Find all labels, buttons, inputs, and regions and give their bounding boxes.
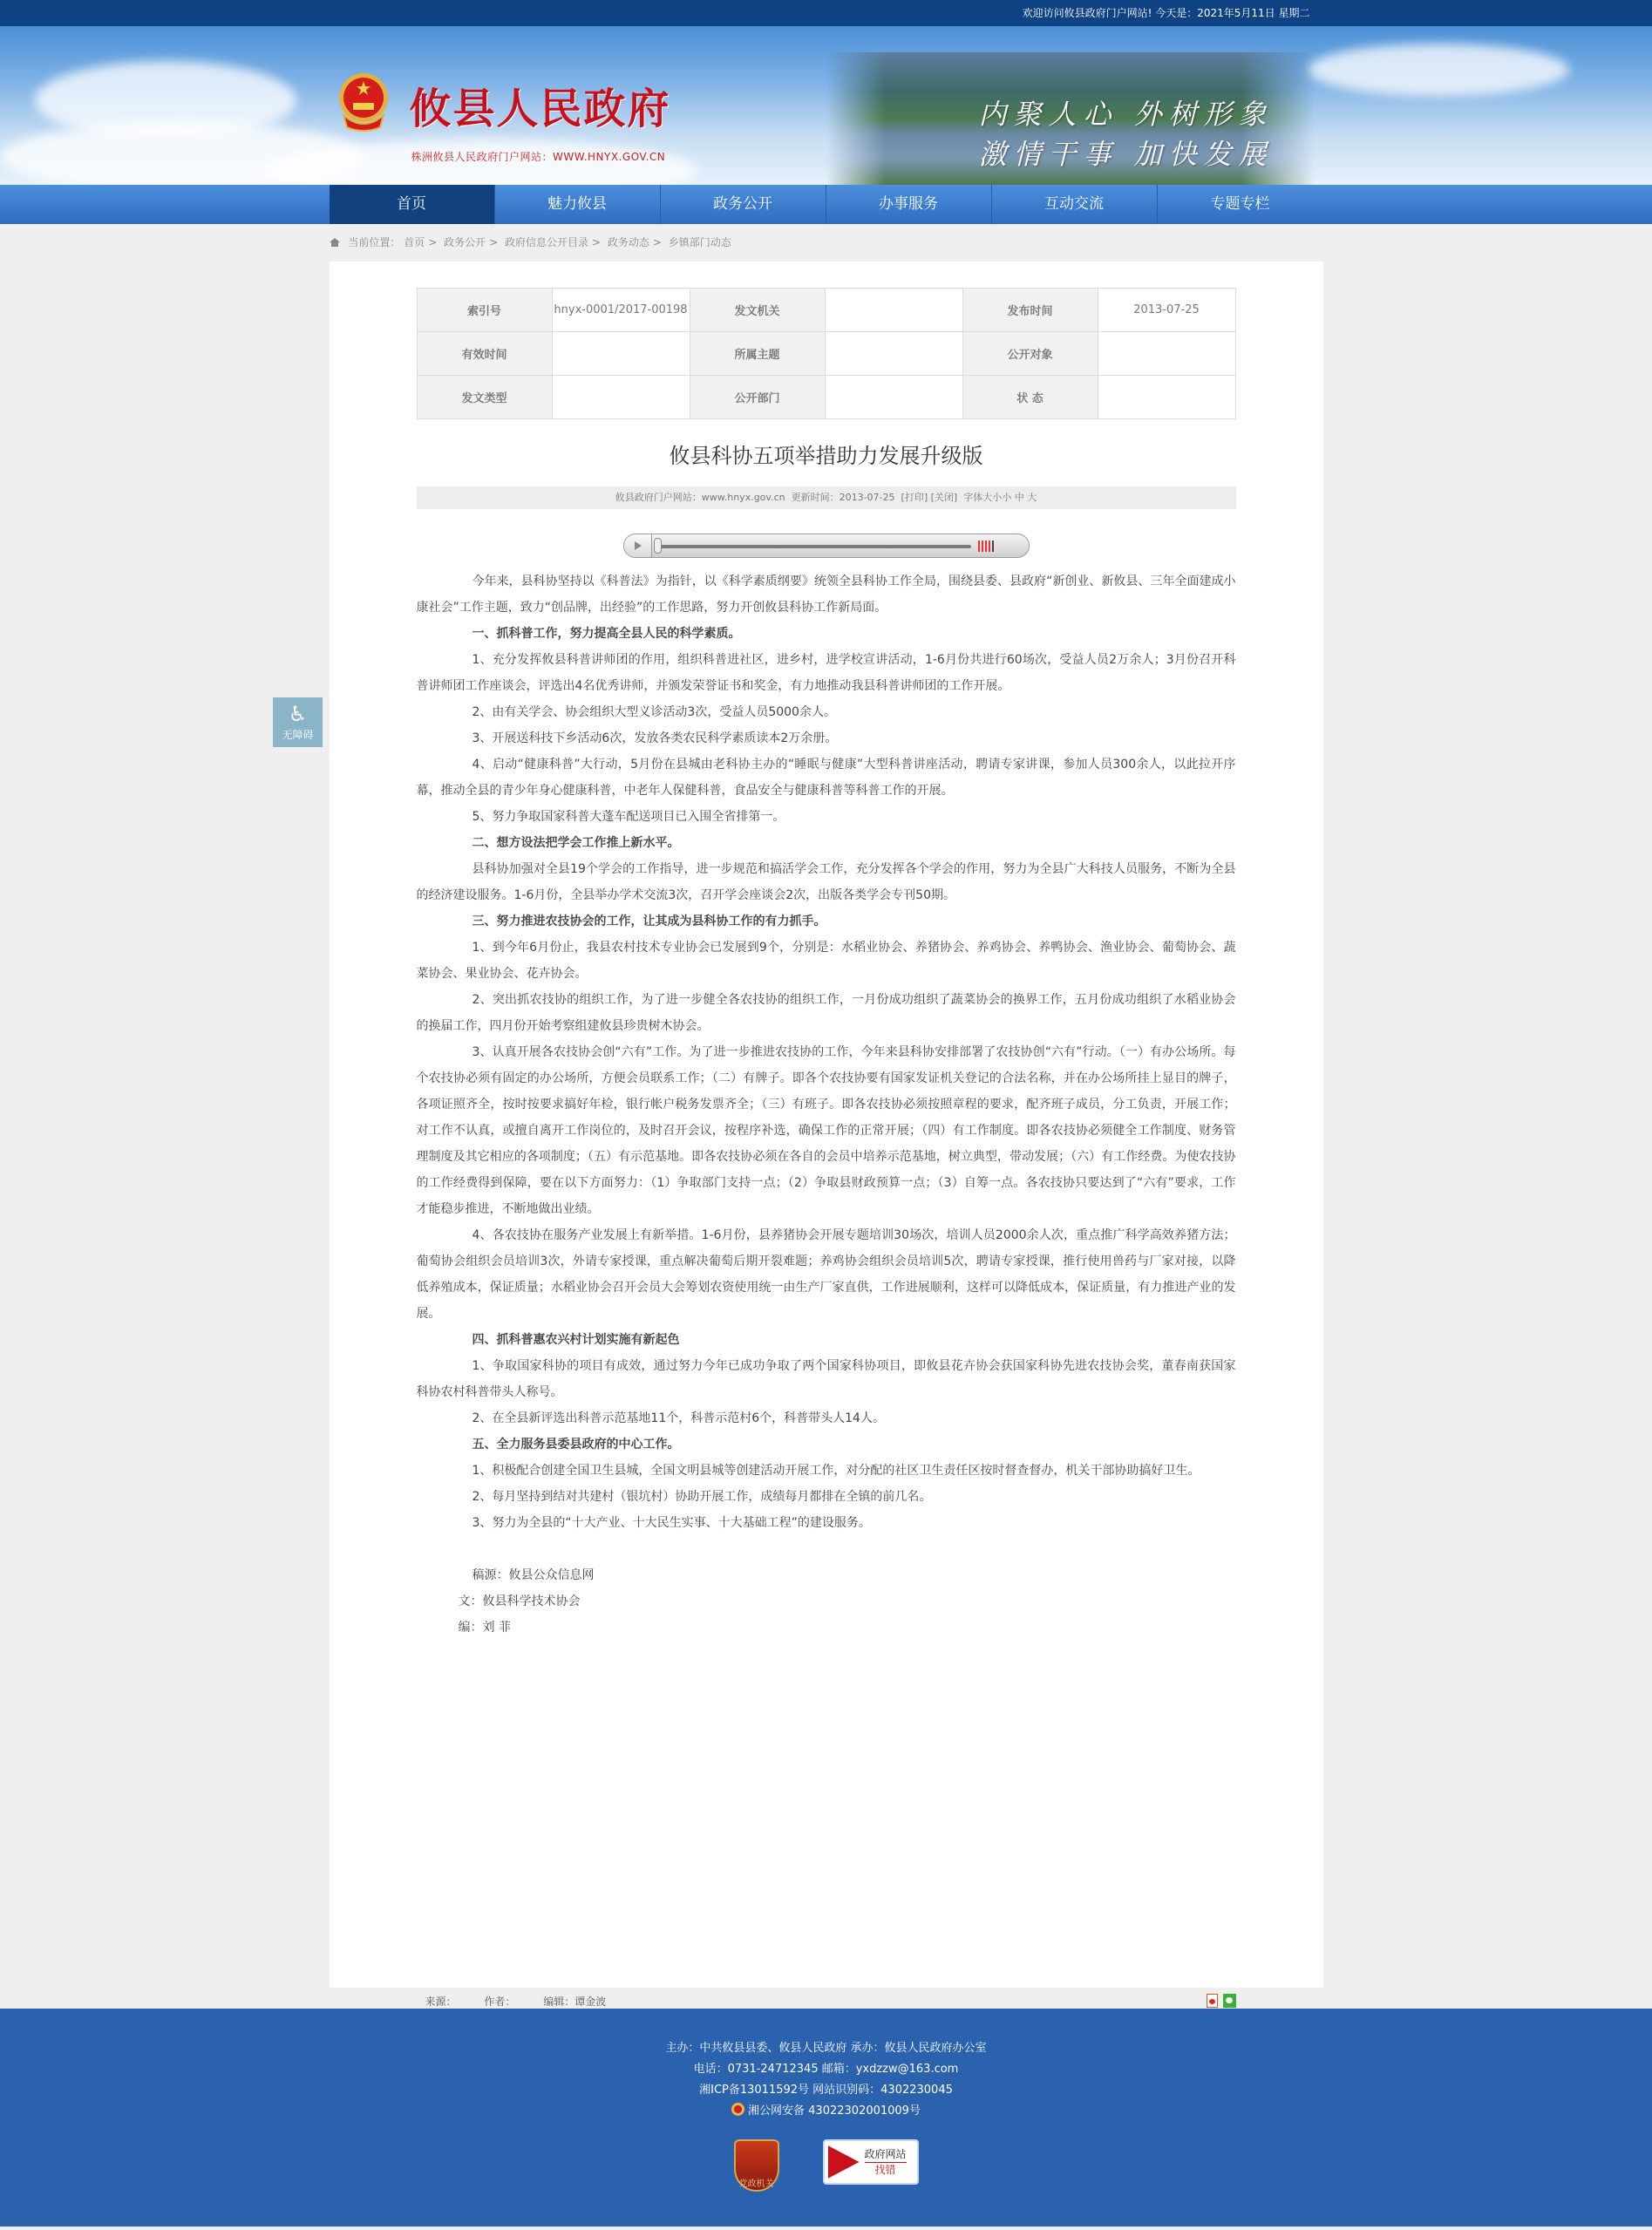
paragraph: 1、积极配合创建全国卫生县城，全国文明县城等创建活动开展工作，对分配的社区卫生责… (417, 1458, 1236, 1484)
signature-source: 稿源：攸县公众信息网 (417, 1562, 1236, 1588)
nav-item-home[interactable]: 首页 (330, 185, 495, 224)
font-large-link[interactable]: 大 (1027, 492, 1037, 503)
nav-item-interaction[interactable]: 互动交流 (992, 185, 1158, 224)
article-signature: 稿源：攸县公众信息网 文：攸县科学技术协会 编：刘 菲 (417, 1536, 1236, 1641)
paragraph: 4、各农技协在服务产业发展上有新举措。1-6月份，县养猪协会开展专题培训30场次… (417, 1222, 1236, 1327)
national-emblem-icon (337, 71, 391, 134)
footer-police-record[interactable]: 湘公网安备 43022302001009号 (0, 2101, 1652, 2122)
paragraph: 县科协加强对全县19个学会的工作指导，进一步规范和搞活学会工作，充分发挥各个学会… (417, 856, 1236, 908)
site-footer: 主办：中共攸县县委、攸县人民政府 承办：攸县人民政府办公室 电话：0731-24… (0, 2009, 1652, 2227)
footer-icp: 湘ICP备13011592号 网站识别码：4302230045 (0, 2080, 1652, 2101)
paragraph: 2、每月坚持到结对共建村（银坑村）协助开展工作，成绩每月都排在全镇的前几名。 (417, 1484, 1236, 1510)
audience-label: 公开对象 (962, 332, 1098, 376)
table-row: 索引号 hnyx-0001/2017-00198 发文机关 发布时间 2013-… (417, 289, 1235, 332)
font-small-link[interactable]: 小 (1002, 492, 1011, 503)
slogan-line-2: 激情干事 加快发展 (979, 134, 1274, 174)
department-value (825, 376, 962, 419)
index-no-value: hnyx-0001/2017-00198 (552, 289, 690, 332)
doc-type-label: 发文类型 (417, 376, 552, 419)
index-no-label: 索引号 (417, 289, 552, 332)
nav-item-special-topics[interactable]: 专题专栏 (1158, 185, 1323, 224)
topic-value (825, 332, 962, 376)
breadcrumb-government-affairs[interactable]: 政务公开 (444, 236, 486, 248)
signature-writer: 文：攸县科学技术协会 (417, 1588, 1236, 1615)
valid-time-label: 有效时间 (417, 332, 552, 376)
party-government-badge[interactable]: 党政机关 (734, 2139, 779, 2192)
breadcrumb-township-news[interactable]: 乡镇部门动态 (669, 236, 731, 248)
accessibility-button[interactable]: ♿ 无障碍 (273, 697, 323, 747)
breadcrumb-prefix: 当前位置： (348, 236, 400, 248)
paragraph: 3、努力为全县的“十大产业、十大民生实事、十大基础工程”的建设服务。 (417, 1510, 1236, 1536)
section-heading: 三、努力推进农技协会的工作，让其成为县科协工作的有力抓手。 (417, 908, 1236, 935)
seek-bar[interactable] (657, 545, 971, 548)
slogan-line-1: 内聚人心 外树形象 (979, 94, 1274, 134)
section-heading: 二、想方设法把学会工作推上新水平。 (417, 830, 1236, 856)
nav-item-charm-youxian[interactable]: 魅力攸县 (495, 185, 661, 224)
paragraph: 3、认真开展各农技协会创“六有”工作。为了进一步推进农技协的工作，今年来县科协安… (417, 1039, 1236, 1222)
footer-author: 作者： (484, 1995, 515, 2008)
section-heading: 四、抓科普惠农兴村计划实施有新起色 (417, 1327, 1236, 1353)
table-row: 发文类型 公开部门 状 态 (417, 376, 1235, 419)
publish-date-value: 2013-07-25 (1098, 289, 1235, 332)
slogan: 内聚人心 外树形象 激情干事 加快发展 (979, 94, 1274, 174)
print-link[interactable]: [打印] (901, 492, 928, 503)
issuing-agency-value (825, 289, 962, 332)
paragraph: 2、突出抓农技协的组织工作，为了进一步健全各农技协的组织工作，一月份成功组织了蔬… (417, 987, 1236, 1039)
footer-source: 来源： (425, 1995, 457, 2008)
paragraph: 1、充分发挥攸县科普讲师团的作用，组织科普进社区，进乡村，进学校宣讲活动，1-6… (417, 647, 1236, 699)
paragraph: 2、在全县新评选出科普示范基地11个，科普示范村6个，科普带头人14人。 (417, 1405, 1236, 1431)
paragraph: 3、开展送科技下乡活动6次，发放各类农民科学素质读本2万余册。 (417, 725, 1236, 751)
nav-item-government-affairs[interactable]: 政务公开 (661, 185, 826, 224)
breadcrumb-home[interactable]: 首页 (404, 236, 425, 248)
article-title: 攸县科协五项举措助力发展升级版 (417, 439, 1236, 469)
paragraph: 2、由有关学会、协会组织大型义诊活动3次，受益人员5000余人。 (417, 699, 1236, 725)
valid-time-value (552, 332, 690, 376)
footer-editor: 编辑：谭金波 (543, 1995, 606, 2008)
article-container: 索引号 hnyx-0001/2017-00198 发文机关 发布时间 2013-… (330, 262, 1323, 1988)
paragraph: 4、启动“健康科普”大行动，5月份在县城由老科协主办的“睡眠与健康”大型科普讲座… (417, 751, 1236, 804)
welcome-text: 欢迎访问攸县政府门户网站! 今天是：2021年5月11日 星期二 (1023, 7, 1310, 19)
share-buttons (1207, 1994, 1236, 2009)
department-label: 公开部门 (690, 376, 825, 419)
status-label: 状 态 (962, 376, 1098, 419)
accessibility-label: 无障碍 (273, 727, 323, 742)
footer-contact: 电话：0731-24712345 邮箱：yxdzzw@163.com (0, 2059, 1652, 2080)
signature-editor: 编：刘 菲 (417, 1615, 1236, 1641)
site-title-link[interactable]: 攸县人民政府 (410, 75, 671, 135)
metadata-table: 索引号 hnyx-0001/2017-00198 发文机关 发布时间 2013-… (417, 288, 1236, 419)
status-value (1098, 376, 1235, 419)
main-nav: 首页 魅力攸县 政务公开 办事服务 互动交流 专题专栏 (0, 185, 1652, 224)
play-button[interactable] (624, 534, 652, 557)
breadcrumb-news[interactable]: 政务动态 (608, 236, 649, 248)
footer-sponsor: 主办：中共攸县县委、攸县人民政府 承办：攸县人民政府办公室 (0, 2038, 1652, 2059)
section-heading: 五、全力服务县委县政府的中心工作。 (417, 1431, 1236, 1458)
font-medium-link[interactable]: 中 (1015, 492, 1024, 503)
volume-control[interactable] (978, 541, 994, 552)
header-banner: 攸县人民政府 株洲攸县人民政府门户网站：WWW.HNYX.GOV.CN 内聚人心… (0, 26, 1652, 185)
audio-player (623, 534, 1030, 558)
font-size-label: 字体大小 (963, 492, 1002, 503)
topic-label: 所属主题 (690, 332, 825, 376)
report-error-badge[interactable]: 政府网站 找错 (823, 2139, 919, 2185)
home-icon (330, 238, 340, 247)
issuing-agency-label: 发文机关 (690, 289, 825, 332)
info-source: 攸县政府门户网站：www.hnyx.gov.cn (615, 492, 785, 503)
info-updated: 更新时间：2013-07-25 (792, 492, 895, 503)
close-link[interactable]: [关闭] (931, 492, 958, 503)
paragraph: 1、争取国家科协的项目有成效，通过努力今年已成功争取了两个国家科协项目，即攸县花… (417, 1353, 1236, 1405)
section-heading: 一、抓科普工作，努力提高全县人民的科学素质。 (417, 621, 1236, 647)
paragraph: 今年来，县科协坚持以《科普法》为指针，以《科学素质纲要》统领全县科协工作全局，围… (417, 568, 1236, 621)
paragraph: 1、到今年6月份止，我县农村技术专业协会已发展到9个，分别是：水稻业协会、养猪协… (417, 935, 1236, 987)
table-row: 有效时间 所属主题 公开对象 (417, 332, 1235, 376)
publish-date-label: 发布时间 (962, 289, 1098, 332)
seek-handle[interactable] (654, 538, 662, 554)
weibo-share-icon[interactable] (1207, 1994, 1218, 2008)
wechat-share-icon[interactable] (1223, 1994, 1236, 2008)
breadcrumb: 当前位置： 首页> 政务公开> 政府信息公开目录> 政务动态> 乡镇部门动态 (330, 224, 1323, 262)
police-badge-icon (731, 2103, 744, 2116)
magnifier-icon (828, 2145, 860, 2179)
doc-type-value (552, 376, 690, 419)
article-info-bar: 攸县政府门户网站：www.hnyx.gov.cn 更新时间：2013-07-25… (417, 486, 1236, 509)
paragraph: 5、努力争取国家科普大蓬车配送项目已入围全省排第一。 (417, 804, 1236, 830)
site-subtitle: 株洲攸县人民政府门户网站：WWW.HNYX.GOV.CN (411, 149, 666, 164)
top-bar: 欢迎访问攸县政府门户网站! 今天是：2021年5月11日 星期二 (0, 0, 1652, 26)
breadcrumb-info-catalog[interactable]: 政府信息公开目录 (505, 236, 588, 248)
audience-value (1098, 332, 1235, 376)
article-body: 今年来，县科协坚持以《科普法》为指针，以《科学素质纲要》统领全县科协工作全局，围… (417, 568, 1236, 1536)
nav-item-services[interactable]: 办事服务 (826, 185, 992, 224)
wheelchair-icon: ♿ (273, 701, 323, 727)
article-footer-meta: 来源： 作者： 编辑：谭金波 (425, 1994, 1236, 2009)
